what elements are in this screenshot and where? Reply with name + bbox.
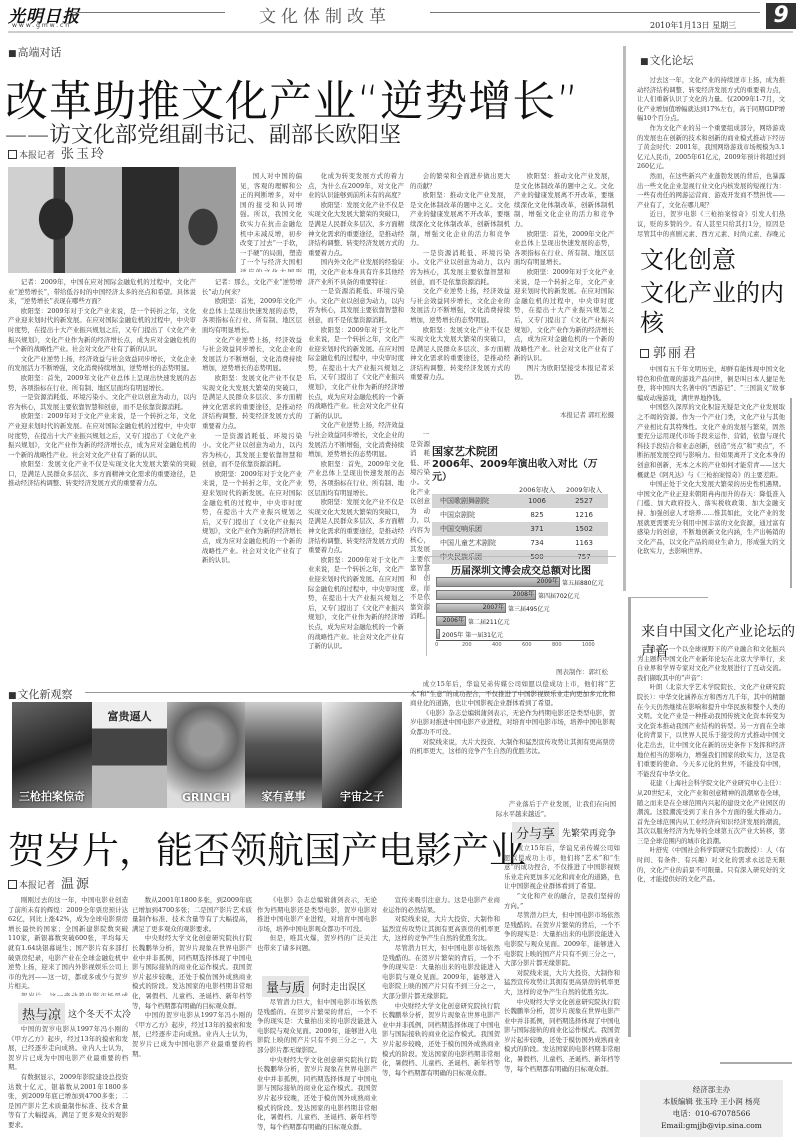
table-row: 中国京剧院8251216: [432, 508, 608, 522]
interview-column-a: 记者：2009年，中国在应对国际金融危机的过程中，文化产业“逆势增长”，带给低谷…: [8, 278, 196, 678]
interview-column-e: 欧阳坚：推动文化产业发展，是文化体制改革的题中之义。文化产业的健康发展离不开改革…: [514, 172, 614, 402]
forum-frame-top: [628, 597, 708, 598]
masthead: 光明日报 www.gmw.cn 文化体制改革 2010年1月13日 星期三 9: [0, 0, 800, 34]
film-byline: 本报记者温源: [8, 873, 91, 892]
byline-box-icon: [8, 150, 17, 159]
poster-3[interactable]: GRINCH: [167, 702, 245, 808]
forum-frame-bottom: [720, 1062, 792, 1064]
byline-name: 张玉玲: [61, 147, 106, 162]
editorial-info-box: 经济部主办 本版编辑 张玉玲 王小润 杨亮 电话：010-67078566 Em…: [640, 1080, 783, 1137]
masthead-rule-right: [430, 12, 760, 13]
interview-column-c: 化成为转变发展方式的着力点，为什么在2009年，对文化产业的认识能够到前所未有的…: [308, 172, 404, 678]
table-row: 中国儿童艺术剧院7341163: [432, 536, 608, 550]
photo-credit: 本报记者 郭红松摄: [560, 410, 614, 419]
bar-2008: 2008年第四届702亿元: [436, 590, 579, 600]
film-column-e-top: 产业落后于产业发展，让我们在向国际水平越来越近”。: [496, 800, 616, 820]
bar-2006: 2006年第二届211亿元: [436, 616, 509, 626]
sidebar-body: 中国有五千年文明历史，却鲜有能体现中国文化特色和价值观的游戏产品问世，倒是叫日本…: [637, 365, 785, 575]
section-tag-interview: 高端对话: [8, 44, 62, 60]
poster-2[interactable]: 富贵逼人: [92, 702, 167, 808]
logo-url: www.gmw.cn: [12, 22, 71, 29]
sidebar-headline-2[interactable]: 文化产业的内核: [640, 278, 800, 338]
sidebar-headline-1[interactable]: 文化创意: [640, 245, 736, 275]
sidebar-byline: 郭丽君: [640, 342, 698, 361]
poster-4[interactable]: 家有喜事: [245, 702, 322, 808]
editor-dept: 经济部主办: [640, 1084, 783, 1096]
movie-posters: 三枪拍案惊奇 富贵逼人 GRINCH 家有喜事 宇宙之子: [12, 702, 402, 808]
section-tag-forum: 文化论坛: [640, 52, 694, 68]
table-row: 中国歌剧舞剧院10062527: [432, 494, 608, 508]
interview-continuation: 成立15年后，华谊兄弟传媒公司如愿以偿成功上市，他们将“艺术”和“生意”的成功捏…: [410, 680, 615, 795]
forum-voices-body: 日前，一个以全球视野下的产业融合和文化振兴为主题的中国文化产业新年论坛在北京大学…: [637, 645, 785, 1025]
table-header-2009: 2009年收入: [560, 485, 608, 494]
film-column-e: 成立15年后，华谊兄弟传媒公司如愿以偿成功上市，他们将“艺术”和“生意”的成功捏…: [504, 844, 620, 1140]
chart-credit: 图表制作：郭红松: [556, 667, 608, 676]
subhead-quantity-quality: 量与质何时走出误区: [262, 976, 366, 997]
table-header: 2006年收入2009年收入: [432, 485, 608, 494]
forum-frame-left: [628, 597, 631, 1037]
masthead-rule-left: [70, 12, 225, 13]
interview-photo[interactable]: [8, 167, 236, 273]
table-header-2006: 2006年收入: [514, 485, 560, 494]
section-tag-film: 文化新观察: [8, 686, 73, 702]
interview-column-d: 会的繁荣和全面进步做出更大的贡献？欧阳坚：推动文化产业发展，是文化体制改革的题中…: [410, 172, 510, 402]
poster-1[interactable]: 三枪拍案惊奇: [12, 702, 92, 808]
editor-phone[interactable]: 电话：010-67078566: [640, 1108, 783, 1120]
interview-column-b: 记者：那么，文化产业“逆势增长”动力何来？欧阳坚：首先，2009年文化产业总体上…: [202, 278, 302, 678]
poster-5[interactable]: 宇宙之子: [322, 702, 402, 808]
bar-2007: 2007年第三届495亿元: [436, 603, 549, 613]
editor-email[interactable]: Email:gmjjb@vip.sina.com: [640, 1120, 783, 1132]
film-column-c2: 尽管潜力巨大，但中国电影市场依然是残酷的。在贺岁片繁荣的背后，一个不争的现实是：…: [257, 998, 377, 1140]
film-column-d: 宣传来吸引注意力。这是电影产业商业运作的必然结果。对院线来说，大片大投资、大制作…: [382, 896, 500, 1140]
subhead-hot-cold: 热与凉这个冬天不太冷: [18, 1003, 131, 1024]
masthead-divider: [8, 31, 793, 33]
sidebar-border: [623, 46, 626, 591]
sidebar-shadow-rule: [790, 398, 792, 588]
expo-bar-chart: 历届深圳文博会成交总额对比图 2009年第五届880亿元 2008年第四届702…: [432, 562, 610, 652]
subhead-share: 分与享先繁荣再竞争: [512, 822, 616, 843]
byline-box-icon: [8, 880, 17, 889]
bar-2005: 2005年第一届31亿元: [436, 629, 503, 639]
bar-2009: 2009年第五届880亿元: [436, 577, 603, 587]
page-number: 9: [766, 3, 796, 29]
byline-box-icon: [640, 349, 649, 358]
table-title-line2: 2006年、2009年演出收入对比（万元）: [432, 458, 608, 484]
issue-date: 2010年1月13日 星期三: [650, 20, 736, 31]
section-name: 文化体制改革: [225, 2, 425, 27]
table-row: 中国交响乐团3711502: [432, 522, 608, 536]
forum-intro: 过去这一年，文化产业的持续逆市上扬，成为推动经济结构调整、转变经济发展方式的重要…: [637, 76, 785, 238]
revenue-table: 国家艺术院团 2006年、2009年演出收入对比（万元） 2006年收入2009…: [432, 445, 608, 564]
chart-x-axis: [436, 640, 594, 641]
film-column-c: 《电影》杂志总编辑蒲剑表示，无论作为档期电影还是类型电影，贺岁电影对推进中国电影…: [257, 896, 377, 976]
film-column-a2: 中国的贺岁电影从1997年冯小刚的《甲方乙方》起步，经过13年的摸索和发展，已经…: [8, 1025, 128, 1140]
interview-byline: 本报记者张玉玲: [8, 143, 106, 162]
interview-column-b-top: 国人对中国的偏见，客观的理解和公正的判断增多，对中国的接受和认同增强。所以，我国…: [240, 172, 302, 272]
byline-role: 本报记者: [19, 151, 55, 161]
film-headline[interactable]: 贺岁片，能否领航国产电影产业: [8, 820, 526, 874]
table-title-line1: 国家艺术院团: [432, 445, 608, 458]
chart-title: 历届深圳文博会成交总额对比图: [432, 562, 610, 577]
film-column-b: 数从2001年1800多张，到2009年底已增加到4700多张；二是国产影片艺术…: [132, 896, 252, 1140]
editor-names: 本版编辑 张玉玲 王小润 杨亮: [640, 1096, 783, 1108]
film-column-a: 刚刚过去的这一年，中国电影业创造了前所未有的辉煌：2009全年票房预计达62亿，…: [8, 896, 128, 996]
